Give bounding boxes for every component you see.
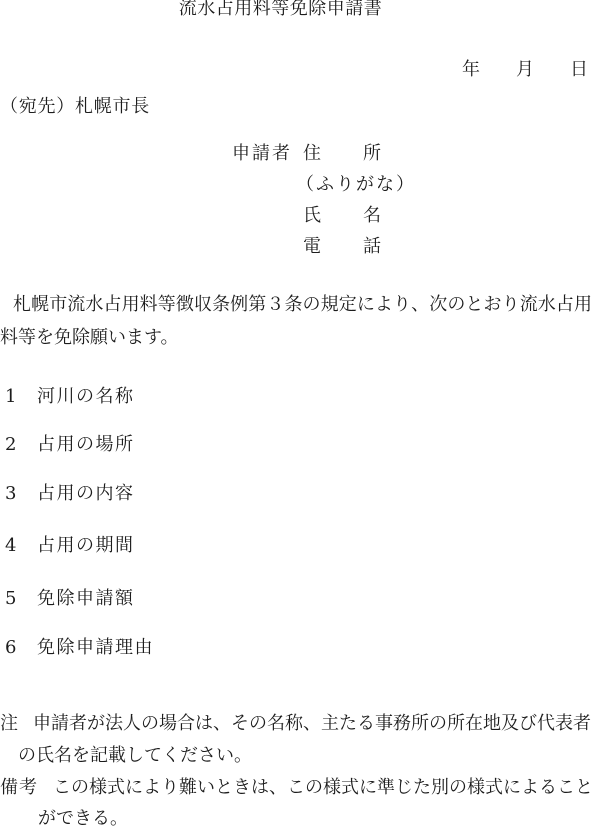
item-row-exemption-reason: 6免除申請理由 [5,639,154,657]
item-row-occupation-place: 2占用の場所 [5,436,135,454]
item-number: 5 [5,590,37,608]
item-number: 4 [5,537,37,555]
applicant-label: 申請者 [232,145,292,163]
date-placeholder-line: 年 月 日 [462,61,588,79]
item-label: 占用の期間 [37,535,135,556]
item-label: 河川の名称 [37,386,135,407]
applicant-field-name: 氏 名 [303,207,383,225]
note-label: 注 [0,715,19,733]
addressee-line: （宛先）札幌市長 [0,98,150,116]
remarks-label: 備考 [0,779,38,797]
remarks-text-line: ができる。 [38,810,128,828]
applicant-field-address: 住 所 [303,145,383,163]
item-row-occupation-period: 4占用の期間 [5,537,135,555]
item-row-river-name: 1河川の名称 [5,388,135,406]
item-label: 免除申請理由 [37,637,154,658]
item-row-exemption-amount: 5免除申請額 [5,590,135,608]
item-label: 免除申請額 [37,588,135,609]
body-paragraph: 札幌市流水占用料等徴収条例第３条の規定により、次のとおり流水占用料等を免除願いま… [0,288,592,354]
applicant-field-furigana: （ふりがな） [296,176,416,194]
item-number: 2 [5,436,37,454]
exemption-application-form: 流水占用料等免除申請書 年 月 日 （宛先）札幌市長 申請者 住 所 （ふりがな… [0,0,592,831]
item-label: 占用の場所 [37,434,135,455]
note-text-line: 申請者が法人の場合は、その名称、主たる事務所の所在地及び代表者 [33,715,591,733]
item-row-occupation-content: 3占用の内容 [5,485,135,503]
item-label: 占用の内容 [37,483,135,504]
item-number: 3 [5,485,37,503]
applicant-field-phone: 電 話 [303,238,383,256]
remarks-text-line: この様式により難いときは、この様式に準じた別の様式によること [53,779,592,797]
note-text-line: の氏名を記載してください。 [18,747,252,765]
item-number: 1 [5,388,37,406]
item-number: 6 [5,639,37,657]
form-title: 流水占用料等免除申請書 [0,0,561,18]
